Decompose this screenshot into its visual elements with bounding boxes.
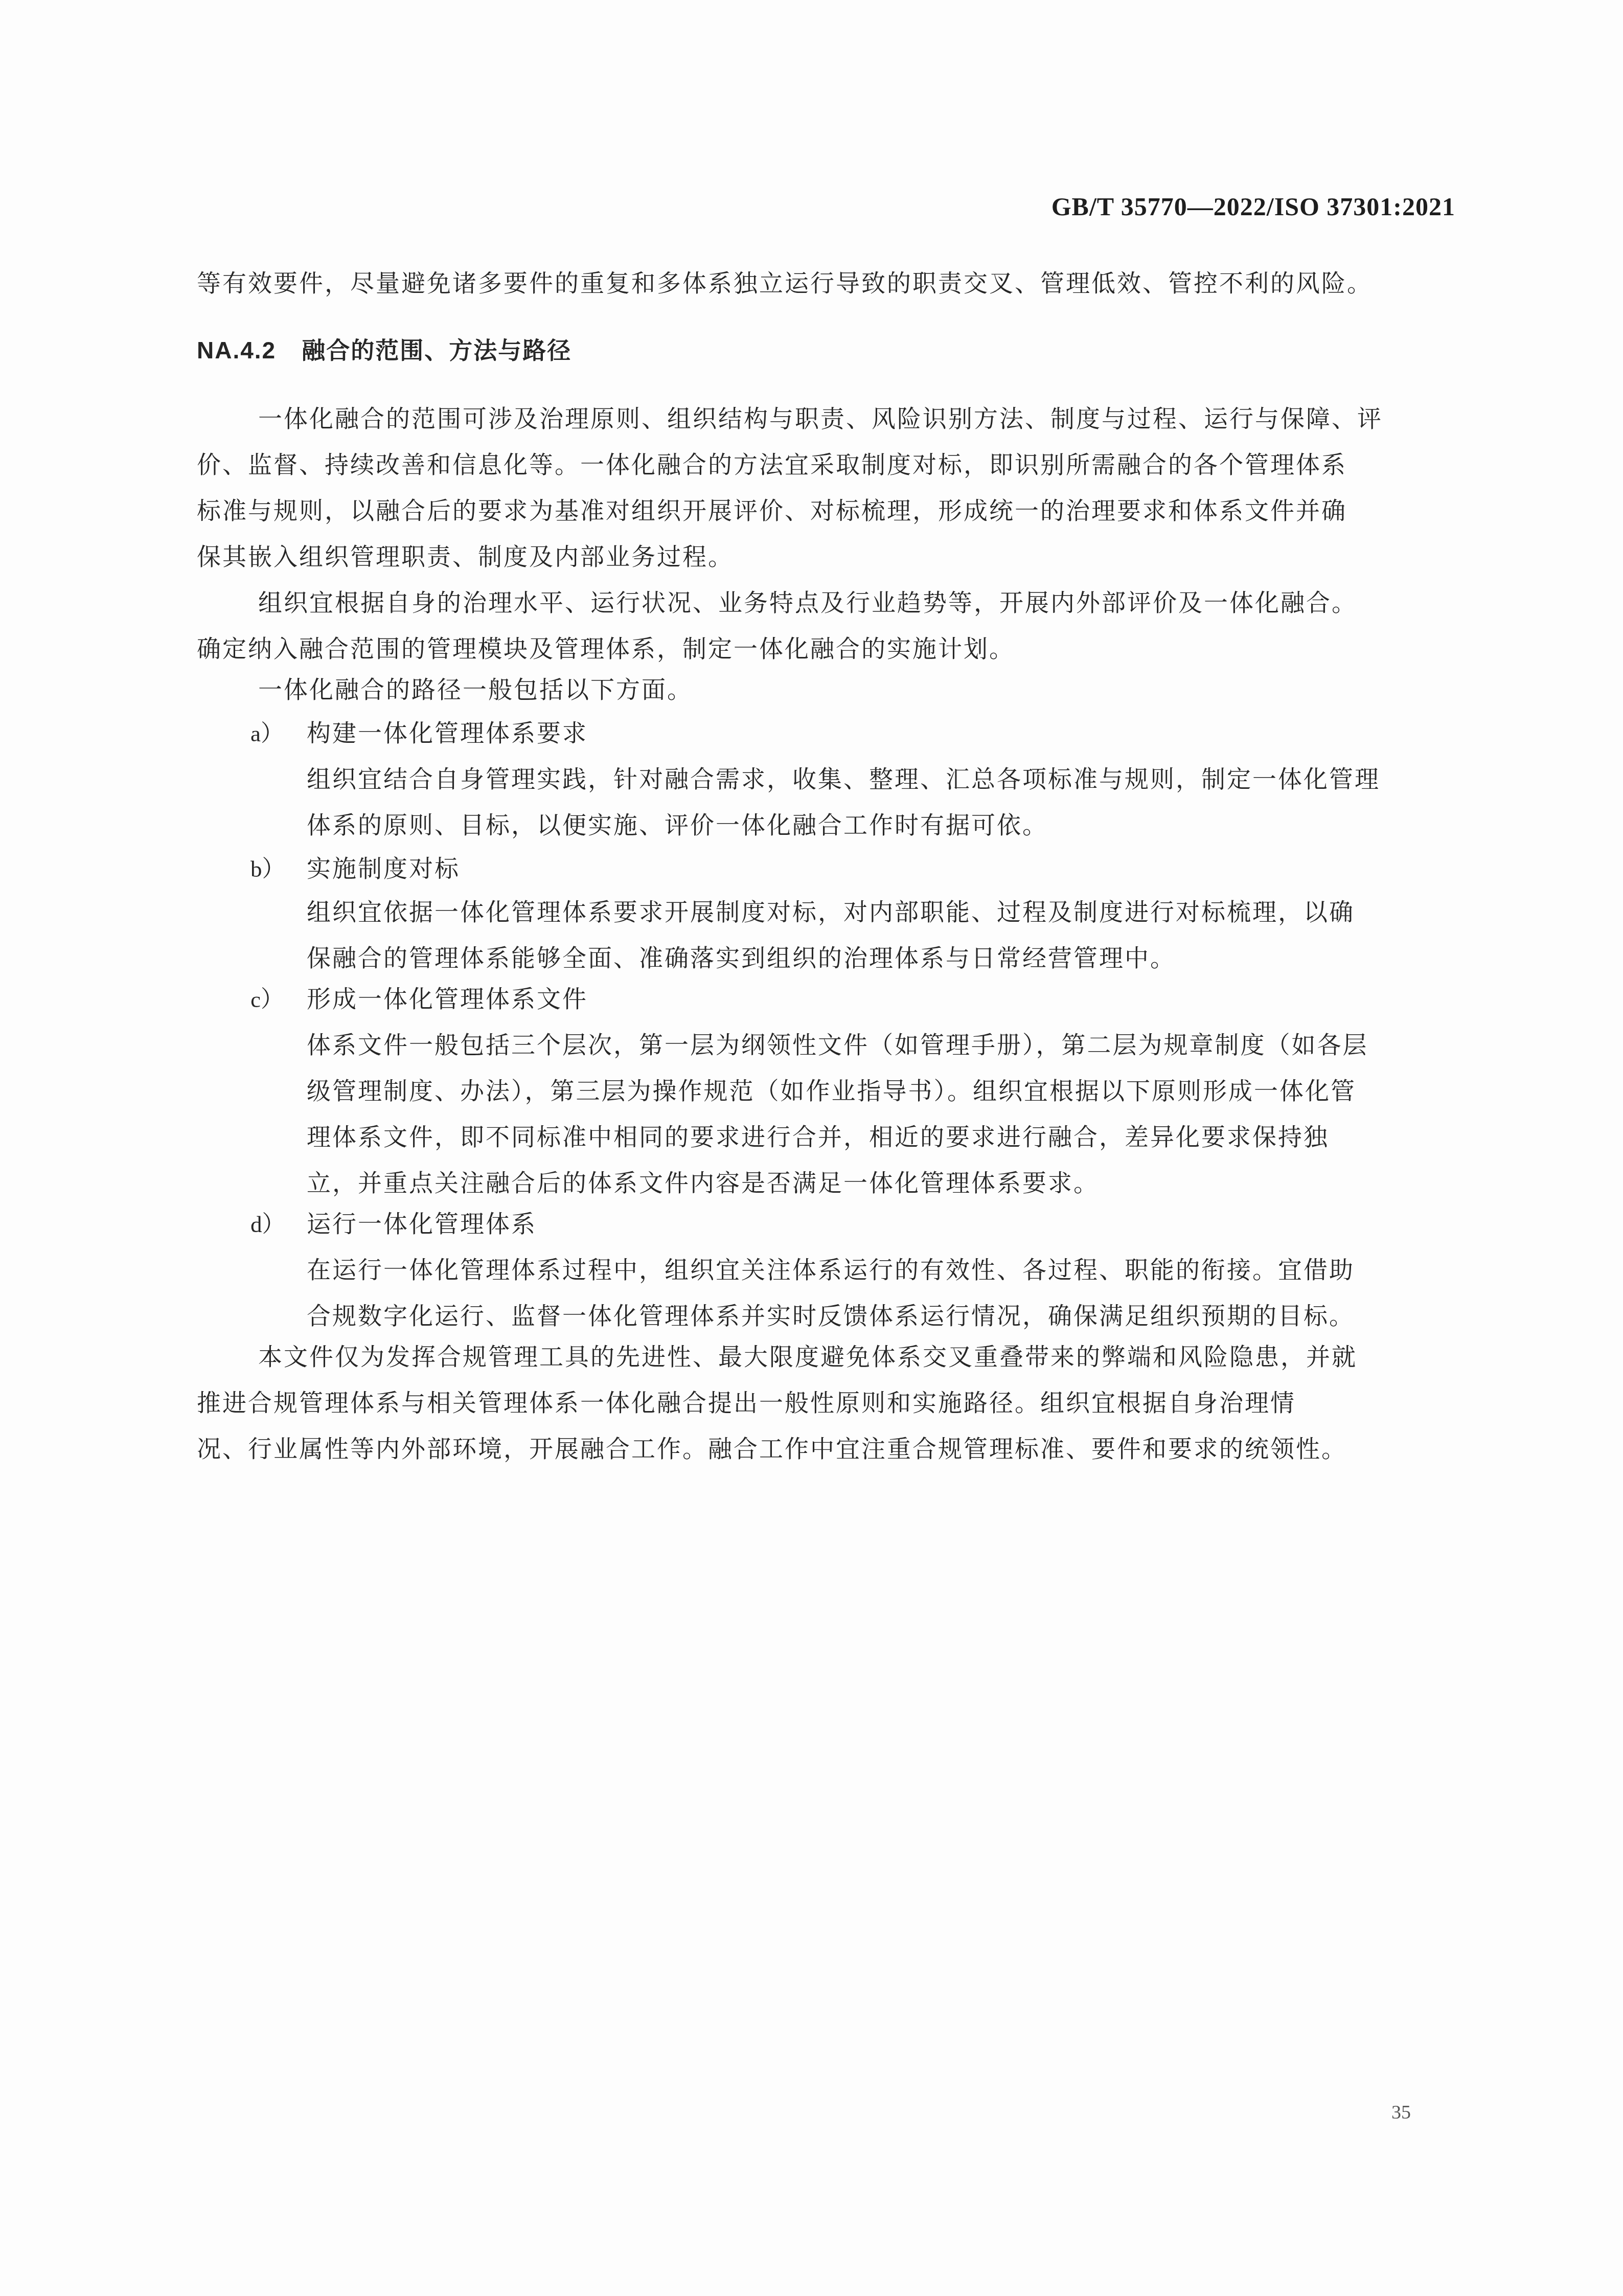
list-item-label: c） bbox=[250, 984, 284, 1015]
paragraph-line: 一体化融合的范围可涉及治理原则、组织结构与职责、风险识别方法、制度与过程、运行与… bbox=[258, 404, 1383, 435]
paragraph-line: 标准与规则，以融合后的要求为基准对组织开展评价、对标梳理，形成统一的治理要求和体… bbox=[197, 496, 1347, 527]
list-item-title: 形成一体化管理体系文件 bbox=[307, 984, 588, 1015]
list-item-body: 组织宜依据一体化管理体系要求开展制度对标，对内部职能、过程及制度进行对标梳理，以… bbox=[307, 897, 1355, 928]
list-item-title: 构建一体化管理体系要求 bbox=[307, 718, 588, 749]
paragraph-line: 保其嵌入组织管理职责、制度及内部业务过程。 bbox=[197, 542, 734, 573]
page-number: 35 bbox=[1391, 2101, 1411, 2124]
section-heading: NA.4.2融合的范围、方法与路径 bbox=[197, 335, 572, 366]
paragraph-line: 本文件仅为发挥合规管理工具的先进性、最大限度避免体系交叉重叠带来的弊端和风险隐患… bbox=[258, 1342, 1357, 1373]
section-number: NA.4.2 bbox=[197, 337, 276, 363]
paragraph-line: 价、监督、持续改善和信息化等。一体化融合的方法宜采取制度对标，即识别所需融合的各… bbox=[197, 450, 1347, 481]
list-item-body: 保融合的管理体系能够全面、准确落实到组织的治理体系与日常经营管理中。 bbox=[307, 943, 1176, 974]
list-item-body: 在运行一体化管理体系过程中，组织宜关注体系运行的有效性、各过程、职能的衔接。宜借… bbox=[307, 1255, 1355, 1286]
list-item-title: 实施制度对标 bbox=[307, 854, 460, 884]
list-item-label: a） bbox=[250, 718, 284, 749]
list-item-body: 立，并重点关注融合后的体系文件内容是否满足一体化管理体系要求。 bbox=[307, 1168, 1099, 1199]
paragraph-line: 推进合规管理体系与相关管理体系一体化融合提出一般性原则和实施路径。组织宜根据自身… bbox=[197, 1388, 1296, 1419]
paragraph-line: 组织宜根据自身的治理水平、运行状况、业务特点及行业趋势等，开展内外部评价及一体化… bbox=[258, 588, 1357, 619]
section-title: 融合的范围、方法与路径 bbox=[302, 336, 572, 364]
list-item-label: d） bbox=[250, 1209, 285, 1240]
paragraph-line: 确定纳入融合范围的管理模块及管理体系，制定一体化融合的实施计划。 bbox=[197, 634, 1015, 665]
list-item-label: b） bbox=[250, 854, 285, 884]
list-item-body: 组织宜结合自身管理实践，针对融合需求，收集、整理、汇总各项标准与规则，制定一体化… bbox=[307, 764, 1380, 795]
list-item-title: 运行一体化管理体系 bbox=[307, 1209, 537, 1240]
paragraph-line: 况、行业属性等内外部环境，开展融合工作。融合工作中宜注重合规管理标准、要件和要求… bbox=[197, 1434, 1347, 1465]
list-item-body: 级管理制度、办法），第三层为操作规范（如作业指导书）。组织宜根据以下原则形成一体… bbox=[307, 1076, 1356, 1107]
standard-header: GB/T 35770—2022/ISO 37301:2021 bbox=[1051, 192, 1455, 221]
list-item-body: 合规数字化运行、监督一体化管理体系并实时反馈体系运行情况，确保满足组织预期的目标… bbox=[307, 1301, 1355, 1332]
continuation-text: 等有效要件，尽量避免诸多要件的重复和多体系独立运行导致的职责交叉、管理低效、管控… bbox=[197, 268, 1373, 299]
list-item-body: 体系文件一般包括三个层次，第一层为纲领性文件（如管理手册），第二层为规章制度（如… bbox=[307, 1030, 1368, 1061]
paragraph-line: 一体化融合的路径一般包括以下方面。 bbox=[258, 675, 693, 706]
list-item-body: 理体系文件，即不同标准中相同的要求进行合并，相近的要求进行融合，差异化要求保持独 bbox=[307, 1122, 1329, 1153]
list-item-body: 体系的原则、目标，以便实施、评价一体化融合工作时有据可依。 bbox=[307, 810, 1048, 841]
